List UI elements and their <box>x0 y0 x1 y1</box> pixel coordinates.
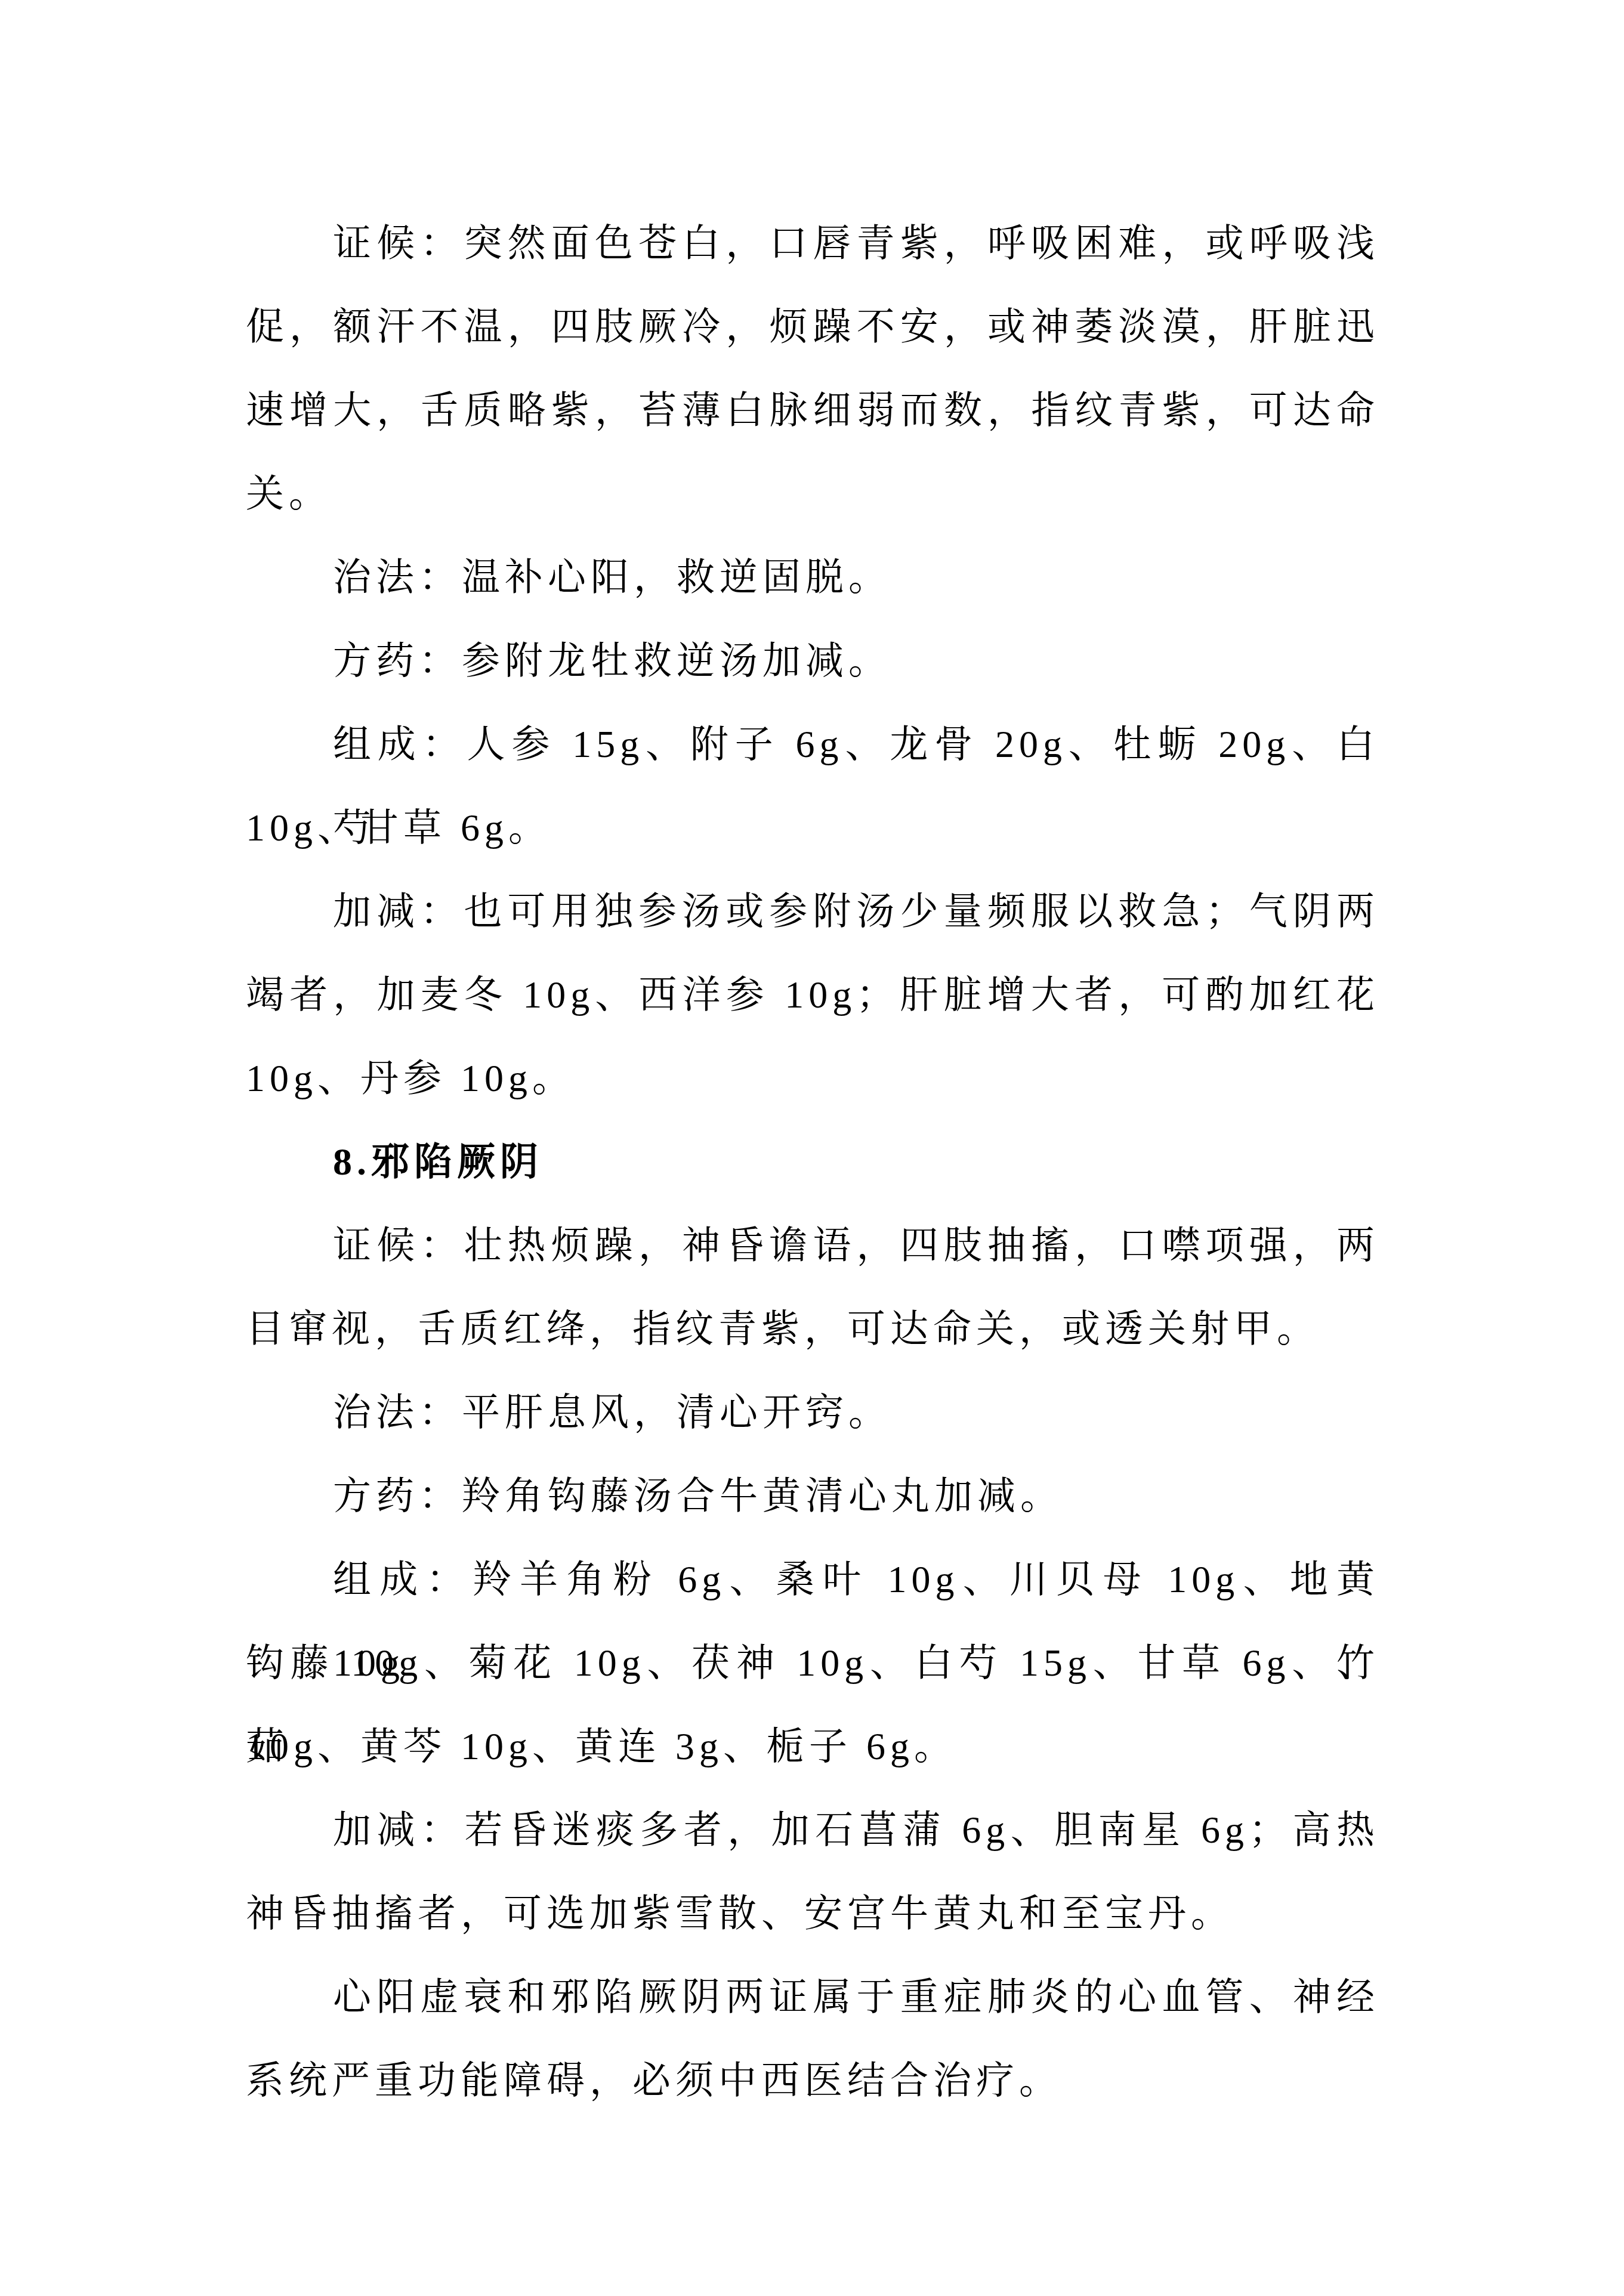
text-line: 竭者，加麦冬 10g、西洋参 10g；肝脏增大者，可酌加红花 <box>246 953 1379 1037</box>
text-line: 促，额汗不温，四肢厥冷，烦躁不安，或神萎淡漠，肝脏迅 <box>246 285 1379 369</box>
text-line: 加减：也可用独参汤或参附汤少量频服以救急；气阴两 <box>246 870 1379 953</box>
text-line: 治法：平肝息风，清心开窍。 <box>246 1371 1379 1454</box>
text-line: 方药：羚角钩藤汤合牛黄清心丸加减。 <box>246 1454 1379 1538</box>
text-line: 方药：参附龙牡救逆汤加减。 <box>246 619 1379 703</box>
text-line: 10g、丹参 10g。 <box>246 1037 1379 1120</box>
text-line: 钩藤 10g、菊花 10g、茯神 10g、白芍 15g、甘草 6g、竹茹 <box>246 1621 1379 1705</box>
text-block: 证候：突然面色苍白，口唇青紫，呼吸困难，或呼吸浅促，额汗不温，四肢厥冷，烦躁不安… <box>246 202 1379 2122</box>
section-heading: 8.邪陷厥阴 <box>246 1120 1379 1204</box>
text-line: 目窜视，舌质红绛，指纹青紫，可达命关，或透关射甲。 <box>246 1287 1379 1371</box>
text-line: 关。 <box>246 452 1379 536</box>
document-page: 证候：突然面色苍白，口唇青紫，呼吸困难，或呼吸浅促，额汗不温，四肢厥冷，烦躁不安… <box>0 0 1624 2296</box>
text-line: 10g、黄芩 10g、黄连 3g、栀子 6g。 <box>246 1705 1379 1788</box>
text-line: 证候：壮热烦躁，神昏谵语，四肢抽搐，口噤项强，两 <box>246 1204 1379 1287</box>
text-line: 速增大，舌质略紫，苔薄白脉细弱而数，指纹青紫，可达命 <box>246 369 1379 452</box>
text-line: 组成：人参 15g、附子 6g、龙骨 20g、牡蛎 20g、白芍 <box>246 703 1379 786</box>
text-line: 加减：若昏迷痰多者，加石菖蒲 6g、胆南星 6g；高热 <box>246 1788 1379 1872</box>
text-line: 心阳虚衰和邪陷厥阴两证属于重症肺炎的心血管、神经 <box>246 1955 1379 2039</box>
text-line: 组成：羚羊角粉 6g、桑叶 10g、川贝母 10g、地黄 10g、 <box>246 1538 1379 1621</box>
text-line: 神昏抽搐者，可选加紫雪散、安宫牛黄丸和至宝丹。 <box>246 1872 1379 1955</box>
text-line: 系统严重功能障碍，必须中西医结合治疗。 <box>246 2039 1379 2122</box>
text-line: 10g、甘草 6g。 <box>246 786 1379 870</box>
text-line: 治法：温补心阳，救逆固脱。 <box>246 536 1379 619</box>
text-line: 证候：突然面色苍白，口唇青紫，呼吸困难，或呼吸浅 <box>246 202 1379 285</box>
